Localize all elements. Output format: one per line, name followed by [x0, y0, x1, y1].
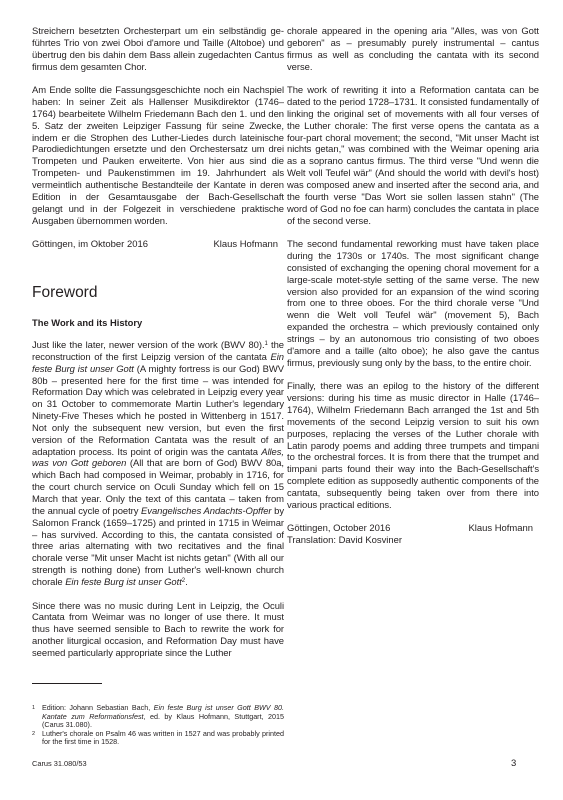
footnote-2: 2 Luther's chorale on Psalm 46 was writt…: [32, 730, 284, 747]
italic-title: Evangelisches Andachts-Opffer: [141, 506, 271, 517]
left-column: Streichern besetzten Orchesterpart um ei…: [32, 26, 284, 660]
footnotes: 1 Edition: Johann Sebastian Bach, Ein fe…: [32, 704, 284, 747]
translation-credit: Translation: David Kosviner: [287, 535, 402, 547]
text-run: Just like the later, newer version of th…: [32, 340, 265, 351]
german-paragraph-1: Streichern besetzten Orchesterpart um ei…: [32, 26, 284, 73]
text-run: .: [185, 577, 188, 588]
section-title: Foreword: [32, 284, 284, 302]
footnote-number: 1: [32, 704, 42, 730]
translation-credit-row: Translation: David Kosviner: [287, 535, 539, 547]
german-paragraph-2: Am Ende sollte die Fassungsgeschichte no…: [32, 85, 284, 227]
italic-title: Ein feste Burg ist unser Gott: [65, 577, 182, 588]
text-run: by Salomon Franck (1659–1725) and printe…: [32, 506, 284, 588]
english-paragraph-1: Just like the later, newer version of th…: [32, 340, 284, 589]
english-author: Klaus Hofmann: [468, 523, 539, 535]
page-number: 3: [511, 759, 516, 769]
text-run: (A mighty fortress is our God) BWV 80b –…: [32, 364, 284, 458]
catalog-number: Carus 31.080/53: [32, 759, 87, 769]
english-place-date: Göttingen, October 2016: [287, 523, 390, 535]
footnote-text: Luther's chorale on Psalm 46 was written…: [42, 730, 284, 747]
right-paragraph-4: Finally, there was an epilog to the hist…: [287, 381, 539, 511]
right-paragraph-2: The work of rewriting it into a Reformat…: [287, 85, 539, 227]
right-column: chorale appeared in the opening aria "Al…: [287, 26, 539, 547]
footnote-text: Edition: Johann Sebastian Bach, Ein fest…: [42, 704, 284, 730]
footnote-divider: [32, 683, 102, 684]
german-author: Klaus Hofmann: [213, 239, 284, 251]
footnote-1: 1 Edition: Johann Sebastian Bach, Ein fe…: [32, 704, 284, 730]
footnote-number: 2: [32, 730, 42, 747]
german-place-date: Göttingen, im Oktober 2016: [32, 239, 148, 251]
english-signature: Göttingen, October 2016 Klaus Hofmann: [287, 523, 539, 535]
right-paragraph-3: The second fundamental reworking must ha…: [287, 239, 539, 369]
english-paragraph-2: Since there was no music during Lent in …: [32, 601, 284, 660]
german-signature: Göttingen, im Oktober 2016 Klaus Hofmann: [32, 239, 284, 251]
right-paragraph-1: chorale appeared in the opening aria "Al…: [287, 26, 539, 73]
subsection-title: The Work and its History: [32, 317, 284, 329]
document-page: Streichern besetzten Orchesterpart um ei…: [0, 0, 563, 800]
